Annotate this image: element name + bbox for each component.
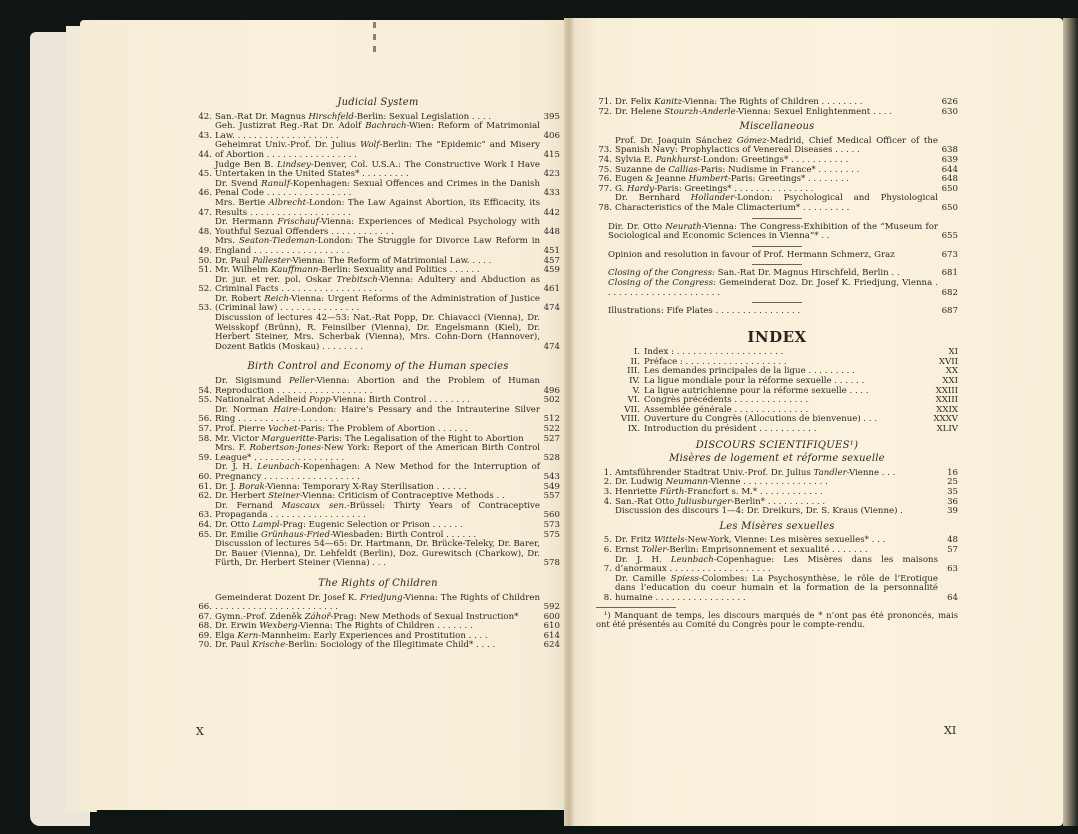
page-number: XLIV: [918, 425, 958, 435]
author-name: Wolf: [360, 140, 379, 150]
entry-text: Judge Ben B. Lindsey-Denver, Col. U.S.A.…: [215, 161, 540, 180]
open-book: Judicial System 42.San.-Rat Dr. Magnus H…: [0, 0, 1078, 834]
entry-text: Dr. Robert Reich-Vienna: Urgent Reforms …: [215, 295, 540, 314]
page-folio-right: XI: [944, 724, 956, 737]
entry-text: Dr. J. H. Leunbach-Copenhague: Les Misèr…: [615, 556, 938, 575]
entry-text: Mrs. F. Robertson-Jones-New York: Report…: [215, 444, 540, 463]
toc-entry: 70.Dr. Paul Krische-Berlin: Sociology of…: [196, 641, 560, 651]
entry-text: Dr. J. H. Leunbach-Kopenhagen: A New Met…: [215, 463, 540, 482]
page-number: 557: [540, 492, 560, 502]
page-number: 415: [540, 151, 560, 161]
discours-heading: DISCOURS SCIENTIFIQUES¹): [596, 441, 958, 451]
section-title-judicial: Judicial System: [196, 98, 560, 108]
subsection-logement-entries: 1.Amtsführender Stadtrat Univ.-Prof. Dr.…: [596, 469, 958, 507]
page-number: 527: [540, 435, 560, 445]
toc-entry: 72.Dr. Helene Stourzh-Anderle-Vienna: Se…: [596, 108, 958, 118]
toc-entry: 66.Gemeinderat Dozent Dr. Josef K. Fried…: [196, 594, 560, 613]
page-number: 461: [540, 285, 560, 295]
author-name: Popp: [309, 395, 331, 405]
entry-text: Dr. Helene Stourzh-Anderle-Vienna: Sexue…: [615, 108, 938, 118]
entry-text: Dr. Fernand Mascaux sen.-Brüssel: Thirty…: [215, 502, 540, 521]
author-name: Kauffmann: [271, 265, 319, 275]
entry-number: 70.: [196, 641, 215, 651]
index-heading: INDEX: [596, 333, 958, 343]
page-number: 395: [540, 113, 560, 123]
entry-number: 7.: [596, 565, 615, 575]
author-name: Trebitsch: [336, 275, 377, 285]
section-title-rights-of-children: The Rights of Children: [196, 579, 560, 589]
author-name: Borak: [239, 482, 265, 492]
entry-number: 77.: [596, 185, 615, 195]
toc-entry: 54.Dr. Sigismund Peller-Vienna: Abortion…: [196, 377, 560, 396]
author-name: Hardy: [627, 184, 654, 194]
entry-number: 46.: [196, 189, 215, 199]
discussion-entry: Discussion of lectures 54—65: Dr. Hartma…: [196, 540, 560, 569]
discussion-entry: Discussion des discours 1—4: Dr. Dreikur…: [596, 507, 958, 517]
page-number: 575: [540, 531, 560, 541]
page-number: 682: [938, 289, 958, 299]
entry-text: Geheimrat Univ.-Prof. Dr. Julius Wolf-Be…: [215, 141, 540, 160]
author-name: Grünhaus-Fried: [261, 530, 330, 540]
entry-text: Dr. Paul Krische-Berlin: Sociology of th…: [215, 641, 540, 651]
toc-entry: 49.Mrs. Seaton-Tiedeman-London: The Stru…: [196, 237, 560, 256]
author-name: Gómez: [737, 136, 767, 146]
entry-number: 52.: [196, 285, 215, 295]
author-name: Margueritte: [262, 434, 315, 444]
page-number: 681: [938, 269, 958, 279]
author-name: Hirschfeld: [308, 112, 354, 122]
toc-entry: 44.Geheimrat Univ.-Prof. Dr. Julius Wolf…: [196, 141, 560, 160]
entry-text: Mrs. Bertie Albrecht-London: The Law Aga…: [215, 199, 540, 218]
author-name: Pankhurst: [656, 155, 700, 165]
toc-entry: 48.Dr. Hermann Frischauf-Vienna: Experie…: [196, 218, 560, 237]
entry-text: Dr. Hermann Frischauf-Vienna: Experience…: [215, 218, 540, 237]
author-name: Frischauf: [277, 217, 318, 227]
page-number: 433: [540, 189, 560, 199]
entry-number: 65.: [196, 531, 215, 541]
section-judicial-entries: 42.San.-Rat Dr. Magnus Hirschfeld-Berlin…: [196, 113, 560, 314]
entry-number: 45.: [196, 170, 215, 180]
author-name: Ranulf: [261, 179, 290, 189]
entry-number: 72.: [596, 108, 615, 118]
toc-entry: 59.Mrs. F. Robertson-Jones-New York: Rep…: [196, 444, 560, 463]
page-number: 57: [938, 546, 958, 556]
page-number: 650: [938, 185, 958, 195]
author-name: Vachet: [268, 424, 297, 434]
toc-entry: 45.Judge Ben B. Lindsey-Denver, Col. U.S…: [196, 161, 560, 180]
page-number: 624: [540, 641, 560, 651]
section-title-birth-control: Birth Control and Economy of the Human s…: [196, 362, 560, 372]
entry-number: 53.: [196, 304, 215, 314]
divider: [752, 302, 802, 303]
entry-number: 4.: [596, 498, 615, 508]
page-number: 406: [540, 132, 560, 142]
section-birth-control-entries: 54.Dr. Sigismund Peller-Vienna: Abortion…: [196, 377, 560, 540]
neurath-entry: Dir. Dr. Otto Neurath-Vienna: The Congre…: [596, 223, 958, 242]
entry-text: Mrs. Seaton-Tiedeman-London: The Struggl…: [215, 237, 540, 256]
page-number: 459: [540, 266, 560, 276]
entry-number: 8.: [596, 594, 615, 604]
author-name: Neumann: [666, 477, 708, 487]
entry-text: Geh. Justizrat Reg.-Rat Dr. Adolf Bachra…: [215, 122, 540, 141]
binding-stitch-marks: [373, 22, 377, 62]
author-name: Humbert: [689, 174, 728, 184]
entry-text: Gemeinderat Dozent Dr. Josef K. Friedjun…: [215, 594, 540, 613]
index-entries: I.Index : . . . . . . . . . . . . . . . …: [596, 348, 958, 434]
page-number: 650: [938, 204, 958, 214]
right-page-edge-shadow: [1063, 18, 1078, 826]
author-name: Peller: [289, 376, 314, 386]
book-gutter: [564, 18, 574, 826]
entry-text: Dr. Bernhard Hollander-London: Psycholog…: [615, 194, 938, 213]
author-name: Hollander: [691, 193, 735, 203]
entry-text: Dr. Norman Haire-London: Haire’s Pessary…: [215, 406, 540, 425]
toc-entry: 56.Dr. Norman Haire-London: Haire’s Pess…: [196, 406, 560, 425]
page-number: 673: [938, 251, 958, 261]
closing-entry-2: Closing of the Congress: Gemeinderat Doz…: [596, 279, 958, 298]
subsection-title-miseres-sexuelles: Les Misères sexuelles: [596, 522, 958, 532]
entry-text: Dr. Camille Spiess-Colombes: La Psychosy…: [615, 575, 938, 604]
entry-number: 44.: [196, 151, 215, 161]
divider: [752, 264, 802, 265]
toc-entry: 52.Dr. jur. et rer. pol. Oskar Trebitsch…: [196, 276, 560, 295]
author-name: Stourzh-Anderle: [664, 107, 735, 117]
subsection-miseres-entries: 5.Dr. Fritz Wittels-New-York, Vienne: Le…: [596, 536, 958, 603]
author-name: Leunbach: [671, 555, 714, 565]
entry-number: 48.: [196, 228, 215, 238]
divider: [752, 218, 802, 219]
entry-number: 51.: [196, 266, 215, 276]
entry-text: Introduction du président . . . . . . . …: [644, 425, 918, 435]
author-name: Bachrach: [365, 121, 406, 131]
entry-number: 58.: [196, 435, 215, 445]
author-name: Záhoř: [305, 612, 331, 622]
page-number: 687: [938, 307, 958, 317]
right-page-contents: 71.Dr. Felix Kanitz-Vienna: The Rights o…: [596, 98, 958, 630]
footnote: ¹) Manquant de temps, les discours marqu…: [596, 611, 958, 630]
discussion-entry: Discussion of lectures 42—53: Nat.-Rat P…: [196, 314, 560, 352]
toc-entry: 60.Dr. J. H. Leunbach-Kopenhagen: A New …: [196, 463, 560, 482]
author-name: Pallester: [252, 256, 290, 266]
entry-number: 47.: [196, 209, 215, 219]
author-name: Lindsey: [277, 160, 311, 170]
toc-entry: 43.Geh. Justizrat Reg.-Rat Dr. Adolf Bac…: [196, 122, 560, 141]
section-rights-of-children-entries: 66.Gemeinderat Dozent Dr. Josef K. Fried…: [196, 594, 560, 652]
author-name: Wexberg: [259, 621, 297, 631]
entry-number: 62.: [196, 492, 215, 502]
author-name: Callias: [668, 165, 697, 175]
page-number: 474: [540, 304, 560, 314]
author-name: Leunbach: [257, 462, 300, 472]
continued-entries: 71.Dr. Felix Kanitz-Vienna: The Rights o…: [596, 98, 958, 117]
page-number: 474: [540, 343, 560, 353]
entry-number: 59.: [196, 454, 215, 464]
page-number: 578: [540, 559, 560, 569]
author-name: Steiner: [268, 491, 300, 501]
entry-number: 42.: [196, 113, 215, 123]
page-number: 630: [938, 108, 958, 118]
page-number: 448: [540, 228, 560, 238]
toc-entry: 7.Dr. J. H. Leunbach-Copenhague: Les Mis…: [596, 556, 958, 575]
author-name: Tandler: [814, 468, 847, 478]
toc-entry: 73.Prof. Dr. Joaquin Sánchez Gómez-Madri…: [596, 137, 958, 156]
author-name: Kern: [237, 631, 258, 641]
author-name: Lampl: [252, 520, 279, 530]
footnote-divider: [596, 607, 676, 608]
page-number: 528: [540, 454, 560, 464]
author-name: Fürth: [660, 487, 685, 497]
page-number: 655: [938, 232, 958, 242]
author-name: Seaton-Tiedeman: [239, 236, 315, 246]
page-number: 423: [540, 170, 560, 180]
toc-entry: 78.Dr. Bernhard Hollander-London: Psycho…: [596, 194, 958, 213]
author-name: Robertson-Jones: [250, 443, 321, 453]
page-number: 39: [938, 507, 958, 517]
author-name: Albrecht: [269, 198, 306, 208]
toc-entry: 8.Dr. Camille Spiess-Colombes: La Psycho…: [596, 575, 958, 604]
author-name: Haire: [273, 405, 298, 415]
page-number: 442: [540, 209, 560, 219]
toc-entry: 46.Dr. Svend Ranulf-Kopenhagen: Sexual O…: [196, 180, 560, 199]
author-name: Krische: [252, 640, 285, 650]
toc-entry: 47.Mrs. Bertie Albrecht-London: The Law …: [196, 199, 560, 218]
subsection-title-logement: Misères de logement et réforme sexuelle: [596, 454, 958, 464]
divider: [752, 246, 802, 247]
author-name: Mascaux sen.: [282, 501, 347, 511]
author-name: Friedjung: [360, 593, 403, 603]
page-number: 63: [938, 565, 958, 575]
index-entry: IX.Introduction du président . . . . . .…: [596, 425, 958, 435]
page-number: 502: [540, 396, 560, 406]
section-title-miscellaneous: Miscellaneous: [596, 122, 958, 132]
entry-number: 6.: [596, 546, 615, 556]
entry-text: Dr. jur. et rer. pol. Oskar Trebitsch-Vi…: [215, 276, 540, 295]
page-folio-left: X: [196, 725, 204, 738]
entry-number: 78.: [596, 204, 615, 214]
illustrations-entry: Illustrations: Fife Plates . . . . . . .…: [596, 307, 958, 317]
entry-text: Prof. Dr. Joaquin Sánchez Gómez-Madrid, …: [615, 137, 938, 156]
toc-entry: 63.Dr. Fernand Mascaux sen.-Brüssel: Thi…: [196, 502, 560, 521]
entry-number: 55.: [196, 396, 215, 406]
entry-number: 43.: [196, 132, 215, 142]
toc-entry: 53.Dr. Robert Reich-Vienna: Urgent Refor…: [196, 295, 560, 314]
section-miscellaneous-entries: 73.Prof. Dr. Joaquin Sánchez Gómez-Madri…: [596, 137, 958, 214]
left-page-contents: Judicial System 42.San.-Rat Dr. Magnus H…: [196, 98, 560, 651]
page-number: 64: [938, 594, 958, 604]
author-name: Toller: [642, 545, 667, 555]
author-name: Kanitz: [654, 97, 682, 107]
entry-text: Dr. Sigismund Peller-Vienna: Abortion an…: [215, 377, 540, 396]
entry-text: Dr. Svend Ranulf-Kopenhagen: Sexual Offe…: [215, 180, 540, 199]
author-name: Wittels: [654, 535, 685, 545]
roman-numeral: IX.: [596, 425, 644, 435]
schmerz-resolution-entry: Opinion and resolution in favour of Prof…: [596, 251, 958, 261]
